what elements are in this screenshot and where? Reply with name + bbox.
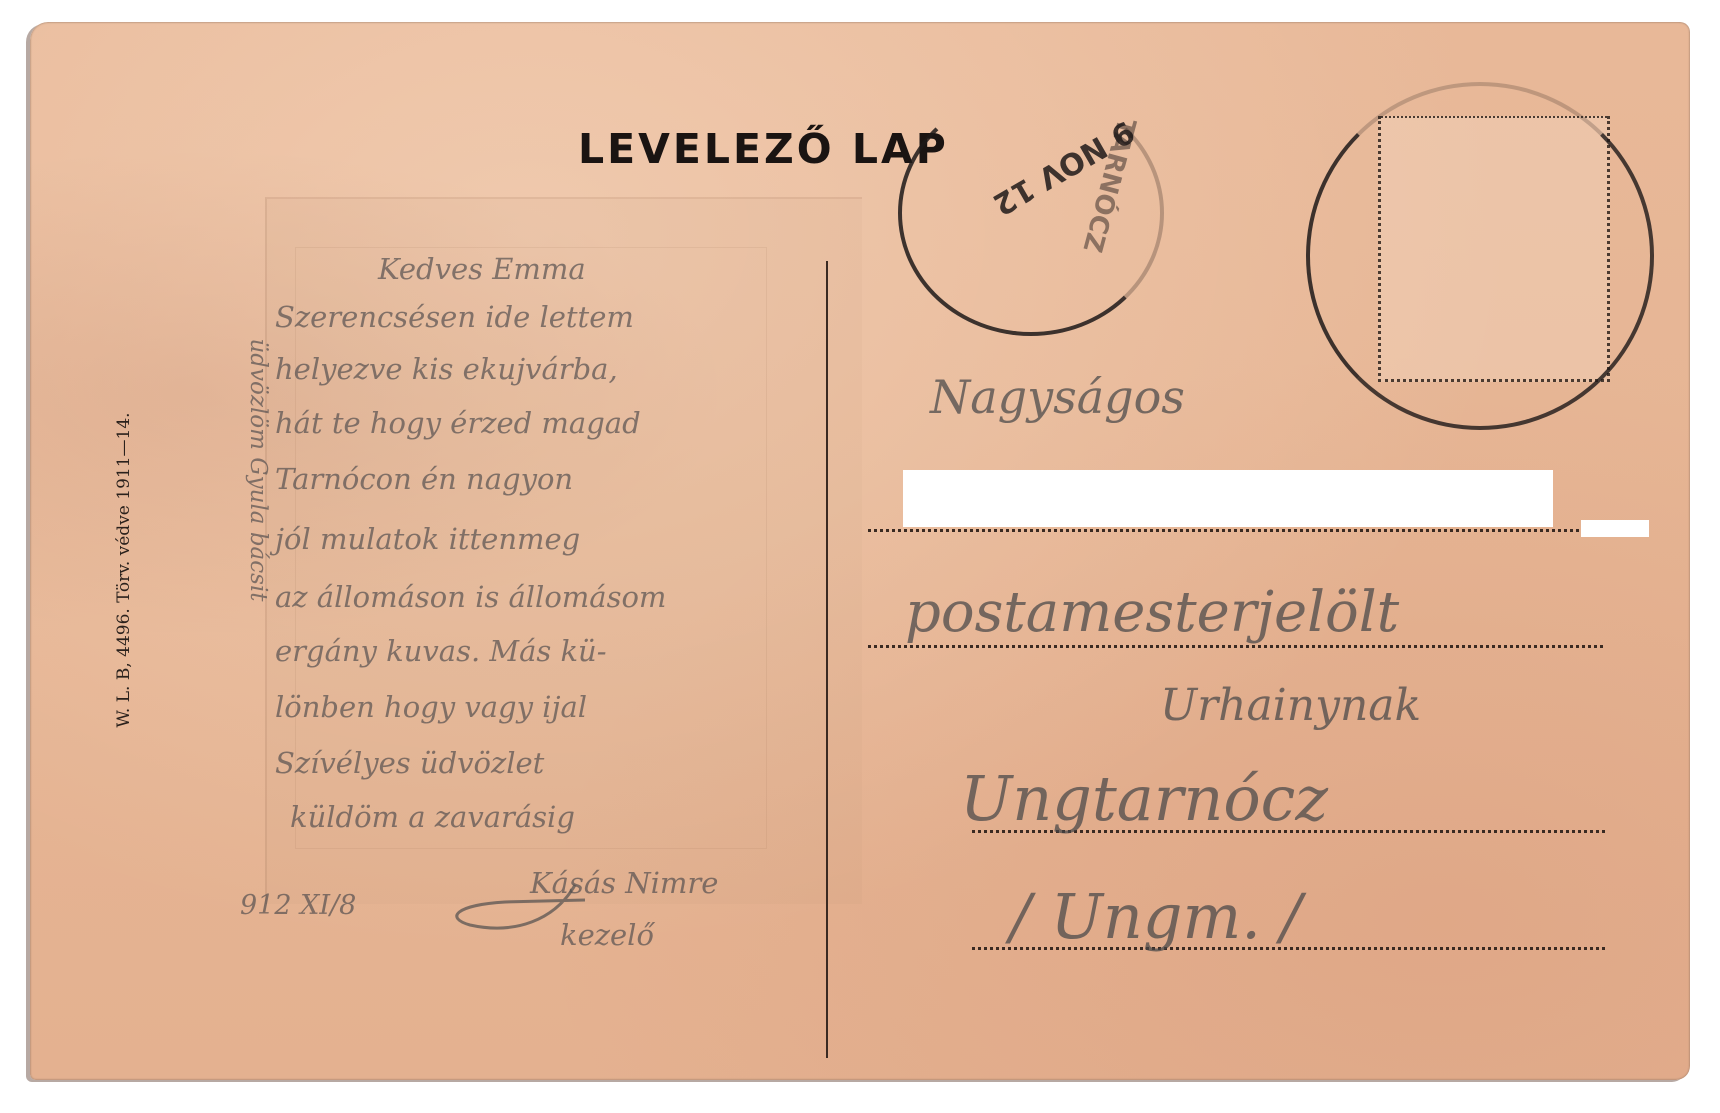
address-title: postamesterjelölt [905,580,1399,645]
signature-flourish [445,880,585,940]
message-line: az állomáson is állomásom [275,580,666,614]
message-line: küldöm a zavarásig [290,800,575,834]
message-line: ergány kuvas. Más kü- [275,634,607,668]
center-divider [826,261,828,1058]
publisher-imprint: W. L. B, 4496. Törv. védve 1911—14. [114,412,134,727]
message-line: Szívélyes üdvözlet [275,746,544,780]
address-line-2 [868,645,1603,648]
address-line-1 [868,529,1603,532]
card-title: LEVELEZŐ LAP [578,125,949,173]
message-line: helyezve kis ekujvárba, [275,352,618,386]
message-line: hát te hogy érzed magad [275,406,641,440]
redaction-bar [903,470,1553,527]
address-salutation: Nagyságos [930,370,1185,424]
archive-note: 912 XI/8 [240,890,356,921]
address-county: / Ungm. / [1010,880,1302,953]
message-line: lönben hogy vagy ijal [275,690,587,724]
address-town: Ungtarnócz [960,762,1328,835]
redaction-bar-small [1581,520,1649,537]
side-note: üdvözlöm Gyula bácsit [245,338,271,601]
message-line: jól mulatok ittenmeg [275,522,580,556]
postmark-destination [1306,82,1654,430]
message-line: Tarnócon én nagyon [275,462,573,496]
message-line: Szerencsésen ide lettem [275,300,634,334]
message-line: Kedves Emma [378,252,586,286]
address-recipient: Urhainynak [1160,680,1421,731]
